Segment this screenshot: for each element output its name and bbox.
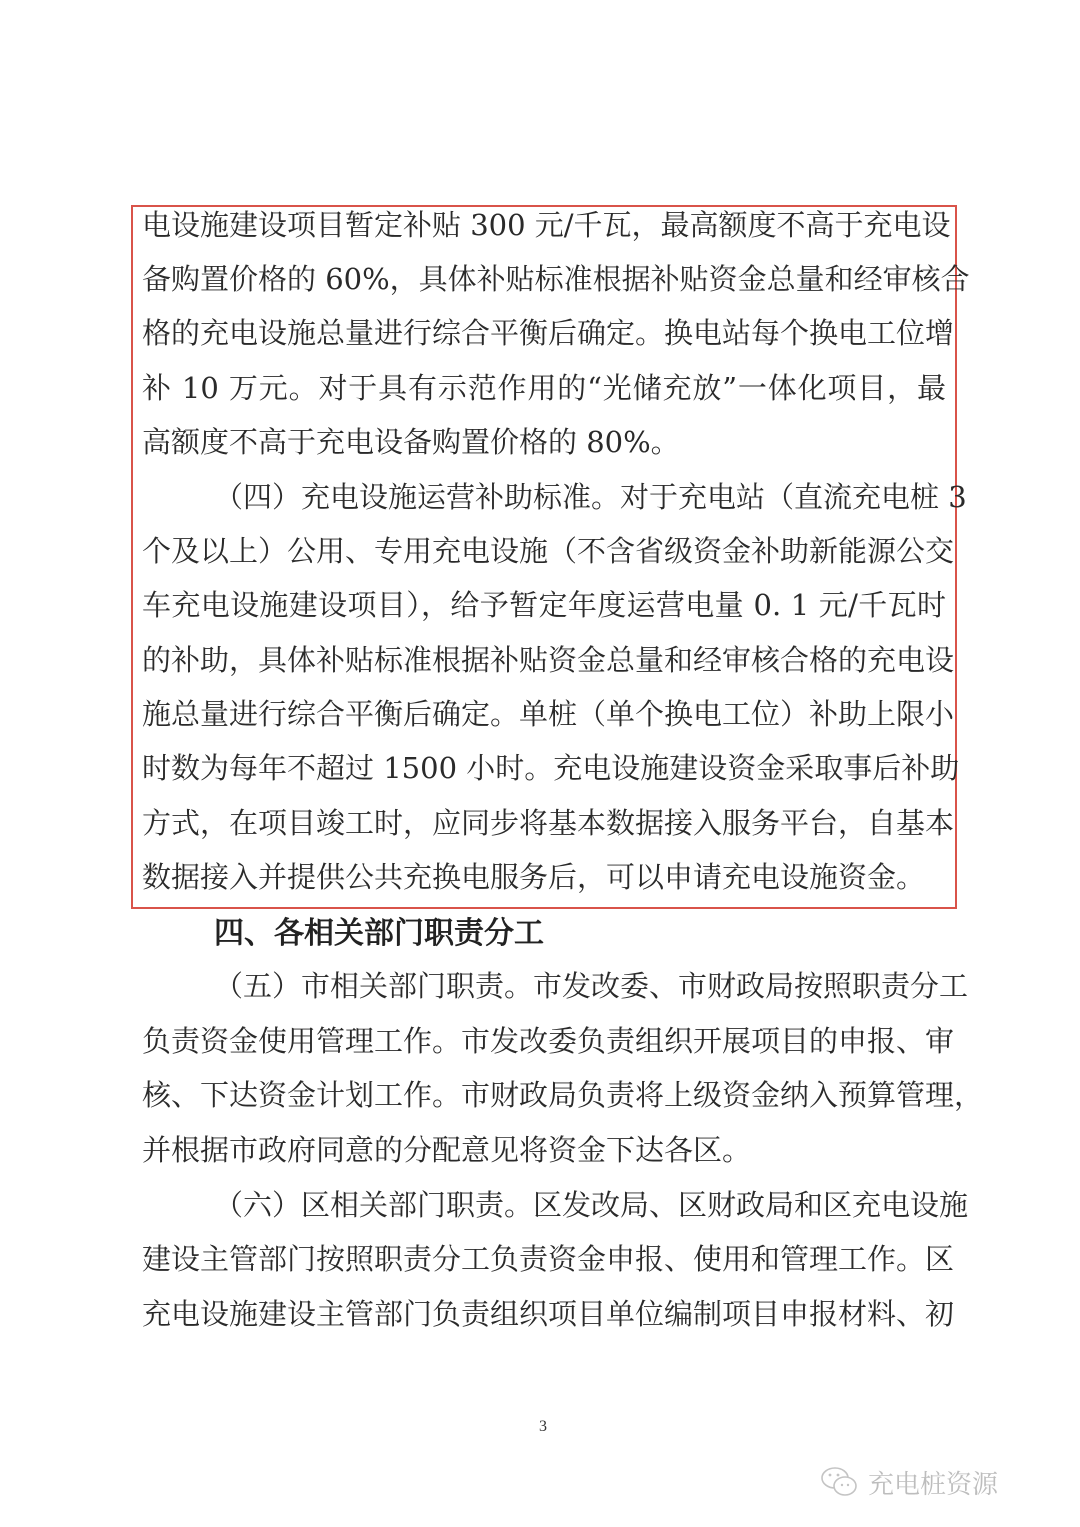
text-line: 方式，在项目竣工时，应同步将基本数据接入服务平台，自基本 <box>142 803 946 843</box>
text-line: 数据接入并提供公共充换电服务后，可以申请充电设施资金。 <box>142 857 946 897</box>
text-line: （五）市相关部门职责。市发改委、市财政局按照职责分工 <box>214 966 946 1006</box>
text-line: 施总量进行综合平衡后确定。单桩（单个换电工位）补助上限小 <box>142 694 946 734</box>
text-line: 个及以上）公用、专用充电设施（不含省级资金补助新能源公交 <box>142 531 946 571</box>
text-line: 高额度不高于充电设备购置价格的 80%。 <box>142 422 946 462</box>
text-line: （四）充电设施运营补助标准。对于充电站（直流充电桩 3 <box>214 477 946 517</box>
text-line: 负责资金使用管理工作。市发改委负责组织开展项目的申报、审 <box>142 1021 946 1061</box>
text-line: 时数为每年不超过 1500 小时。充电设施建设资金采取事后补助 <box>142 748 946 788</box>
text-line: 并根据市政府同意的分配意见将资金下达各区。 <box>142 1130 946 1170</box>
text-line: 电设施建设项目暂定补贴 300 元/千瓦，最高额度不高于充电设 <box>142 205 946 245</box>
text-line: 备购置价格的 60%，具体补贴标准根据补贴资金总量和经审核合 <box>142 259 946 299</box>
text-line: （六）区相关部门职责。区发改局、区财政局和区充电设施 <box>214 1185 946 1225</box>
text-line: 建设主管部门按照职责分工负责资金申报、使用和管理工作。区 <box>142 1239 946 1279</box>
text-line: 核、下达资金计划工作。市财政局负责将上级资金纳入预算管理， <box>142 1075 946 1115</box>
section-heading: 四、各相关部门职责分工 <box>214 912 544 956</box>
page-number: 3 <box>539 1418 547 1436</box>
text-line: 补 10 万元。对于具有示范作用的“光储充放”一体化项目，最 <box>142 368 946 408</box>
text-line: 格的充电设施总量进行综合平衡后确定。换电站每个换电工位增 <box>142 313 946 353</box>
wechat-icon <box>820 1465 860 1499</box>
text-line: 车充电设施建设项目），给予暂定年度运营电量 0. 1 元/千瓦时 <box>142 585 946 625</box>
text-line: 的补助，具体补贴标准根据补贴资金总量和经审核合格的充电设 <box>142 640 946 680</box>
watermark: 充电桩资源 <box>820 1462 998 1502</box>
text-line: 充电设施建设主管部门负责组织项目单位编制项目申报材料、初 <box>142 1294 946 1334</box>
watermark-text: 充电桩资源 <box>868 1464 998 1501</box>
